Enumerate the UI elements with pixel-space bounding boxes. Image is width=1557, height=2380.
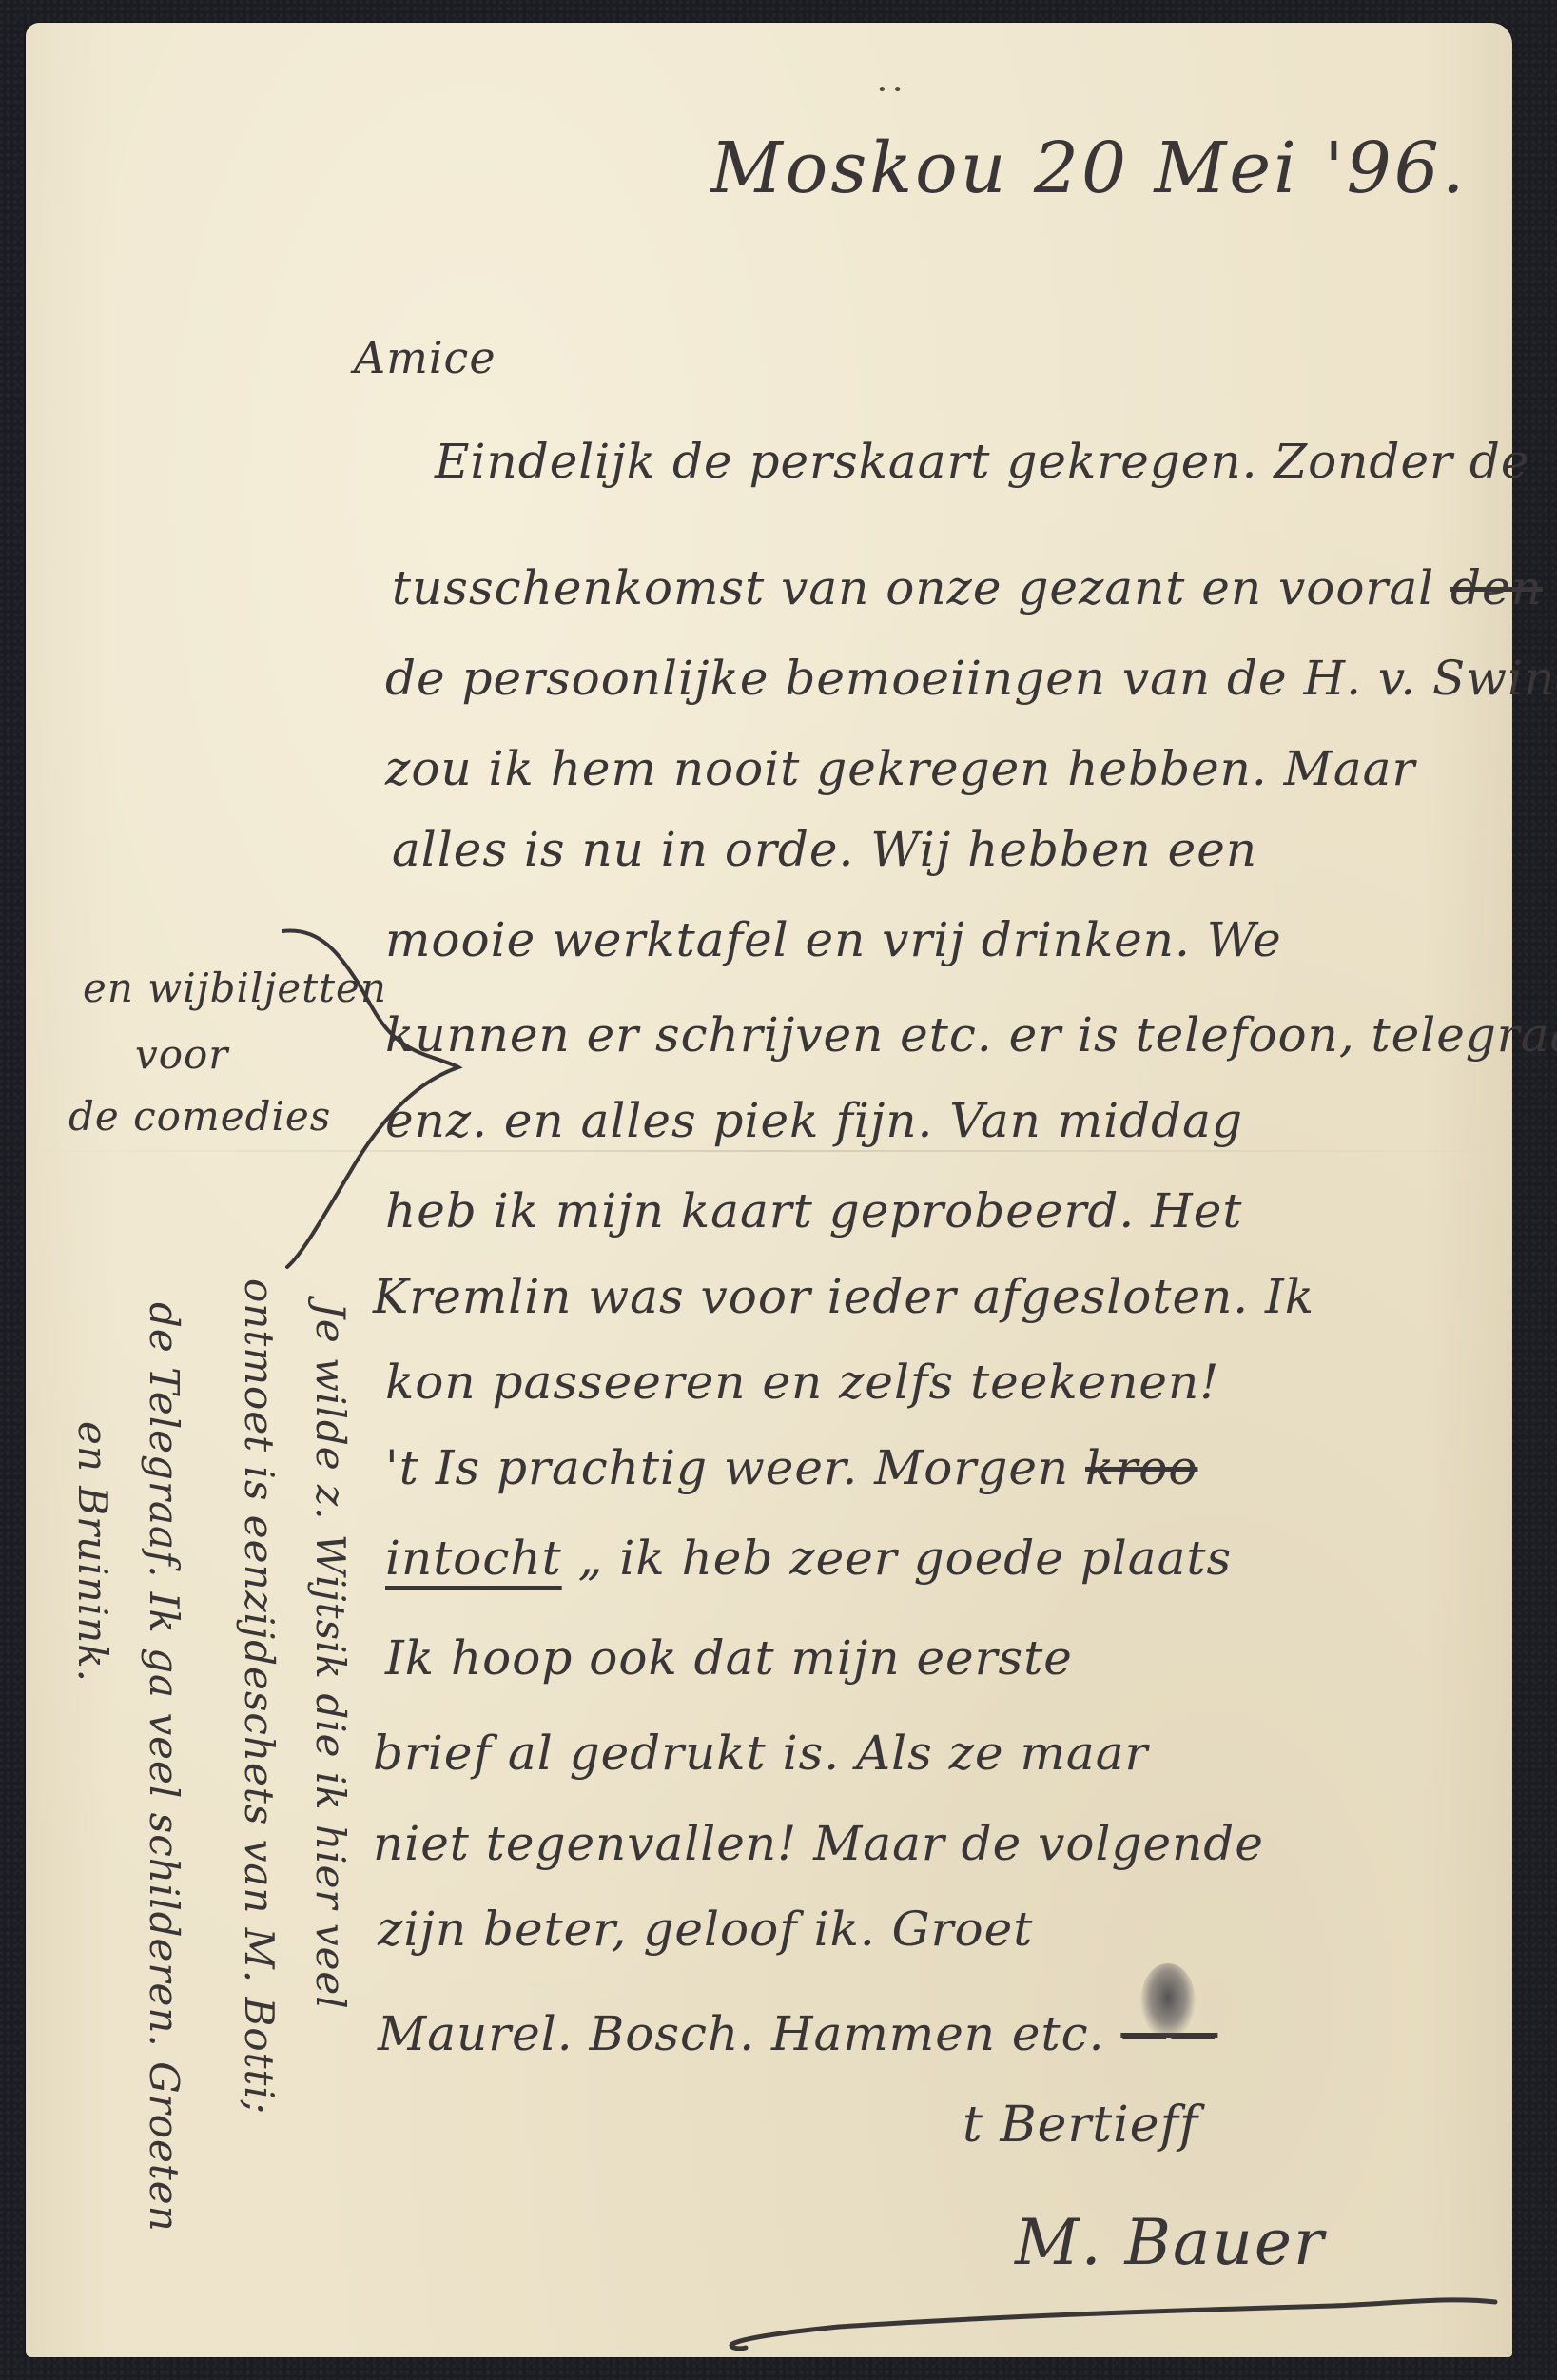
- vertical-margin-note-1: Je wilde z. Wijtsik die ik hier veel: [307, 1302, 354, 2010]
- dateline: Moskou 20 Mei '96.: [710, 127, 1467, 209]
- body-line-16: niet tegenvallen! Maar de volgende: [373, 1816, 1264, 1871]
- body-line-text: 't Is prachtig weer. Morgen: [385, 1440, 1069, 1495]
- body-line-4: zou ik hem nooit gekregen hebben. Maar: [385, 741, 1415, 796]
- body-line-8: enz. en alles piek fijn. Van middag: [385, 1093, 1243, 1148]
- struck-word: kroo: [1085, 1440, 1197, 1495]
- body-line-7: kunnen er schrijven etc. er is telefoon,…: [385, 1007, 1557, 1063]
- body-line-3: de persoonlijke bemoeiingen van de H. v.…: [385, 651, 1557, 706]
- body-line-15: brief al gedrukt is. Als ze maar: [373, 1726, 1148, 1781]
- body-line-12: 't Is prachtig weer. Morgen kroo: [385, 1440, 1197, 1495]
- body-line-18: Maurel. Bosch. Hammen etc. ——: [378, 2006, 1217, 2061]
- underlined-word: intocht: [385, 1531, 562, 1586]
- margin-note-line-2: voor: [135, 1031, 228, 1078]
- body-line-6: mooie werktafel en vrij drinken. We: [385, 912, 1282, 967]
- signature-flourish: [725, 2294, 1505, 2351]
- struck-word: den: [1450, 560, 1543, 615]
- paper-fold-crease: [26, 1150, 1512, 1152]
- body-line-1: Eindelijk de perskaart gekregen. Zonder …: [435, 434, 1529, 489]
- letter-paper: • • Moskou 20 Mei '96. Amice Eindelijk d…: [26, 23, 1512, 2357]
- body-line-9: heb ik mijn kaart geprobeerd. Het: [385, 1183, 1242, 1239]
- closing: t Bertieff: [963, 2097, 1198, 2154]
- body-line-13: intocht „ ik heb zeer goede plaats: [385, 1531, 1232, 1586]
- body-line-text: Maurel. Bosch. Hammen etc.: [378, 2006, 1104, 2061]
- body-line-11: kon passeeren en zelfs teekenen!: [385, 1355, 1219, 1410]
- body-line-5: alles is nu in orde. Wij hebben een: [392, 822, 1257, 877]
- vertical-margin-note-3: de Telegraaf. Ik ga veel schilderen. Gro…: [141, 1302, 187, 2233]
- salutation: Amice: [354, 332, 496, 383]
- body-line-text: „ ik heb zeer goede plaats: [578, 1531, 1233, 1586]
- vertical-margin-note-2: ontmoet is eenzijdeschets van M. Botti;: [236, 1278, 282, 2115]
- vertical-margin-note-4: en Bruinink.: [69, 1421, 116, 1683]
- body-line-17: zijn beter, geloof ik. Groet: [378, 1902, 1033, 1957]
- body-line-2: tusschenkomst van onze gezant en vooral …: [392, 560, 1543, 615]
- ink-specks: • •: [877, 80, 903, 100]
- signature: M. Bauer: [1015, 2206, 1326, 2279]
- body-line-text: tusschenkomst van onze gezant en vooral: [392, 560, 1434, 615]
- body-line-14: Ik hoop ook dat mijn eerste: [385, 1630, 1073, 1686]
- margin-note-pointer: [282, 927, 463, 1269]
- ink-blot: [1140, 1963, 1196, 2039]
- body-line-10: Kremlin was voor ieder afgesloten. Ik: [373, 1269, 1314, 1324]
